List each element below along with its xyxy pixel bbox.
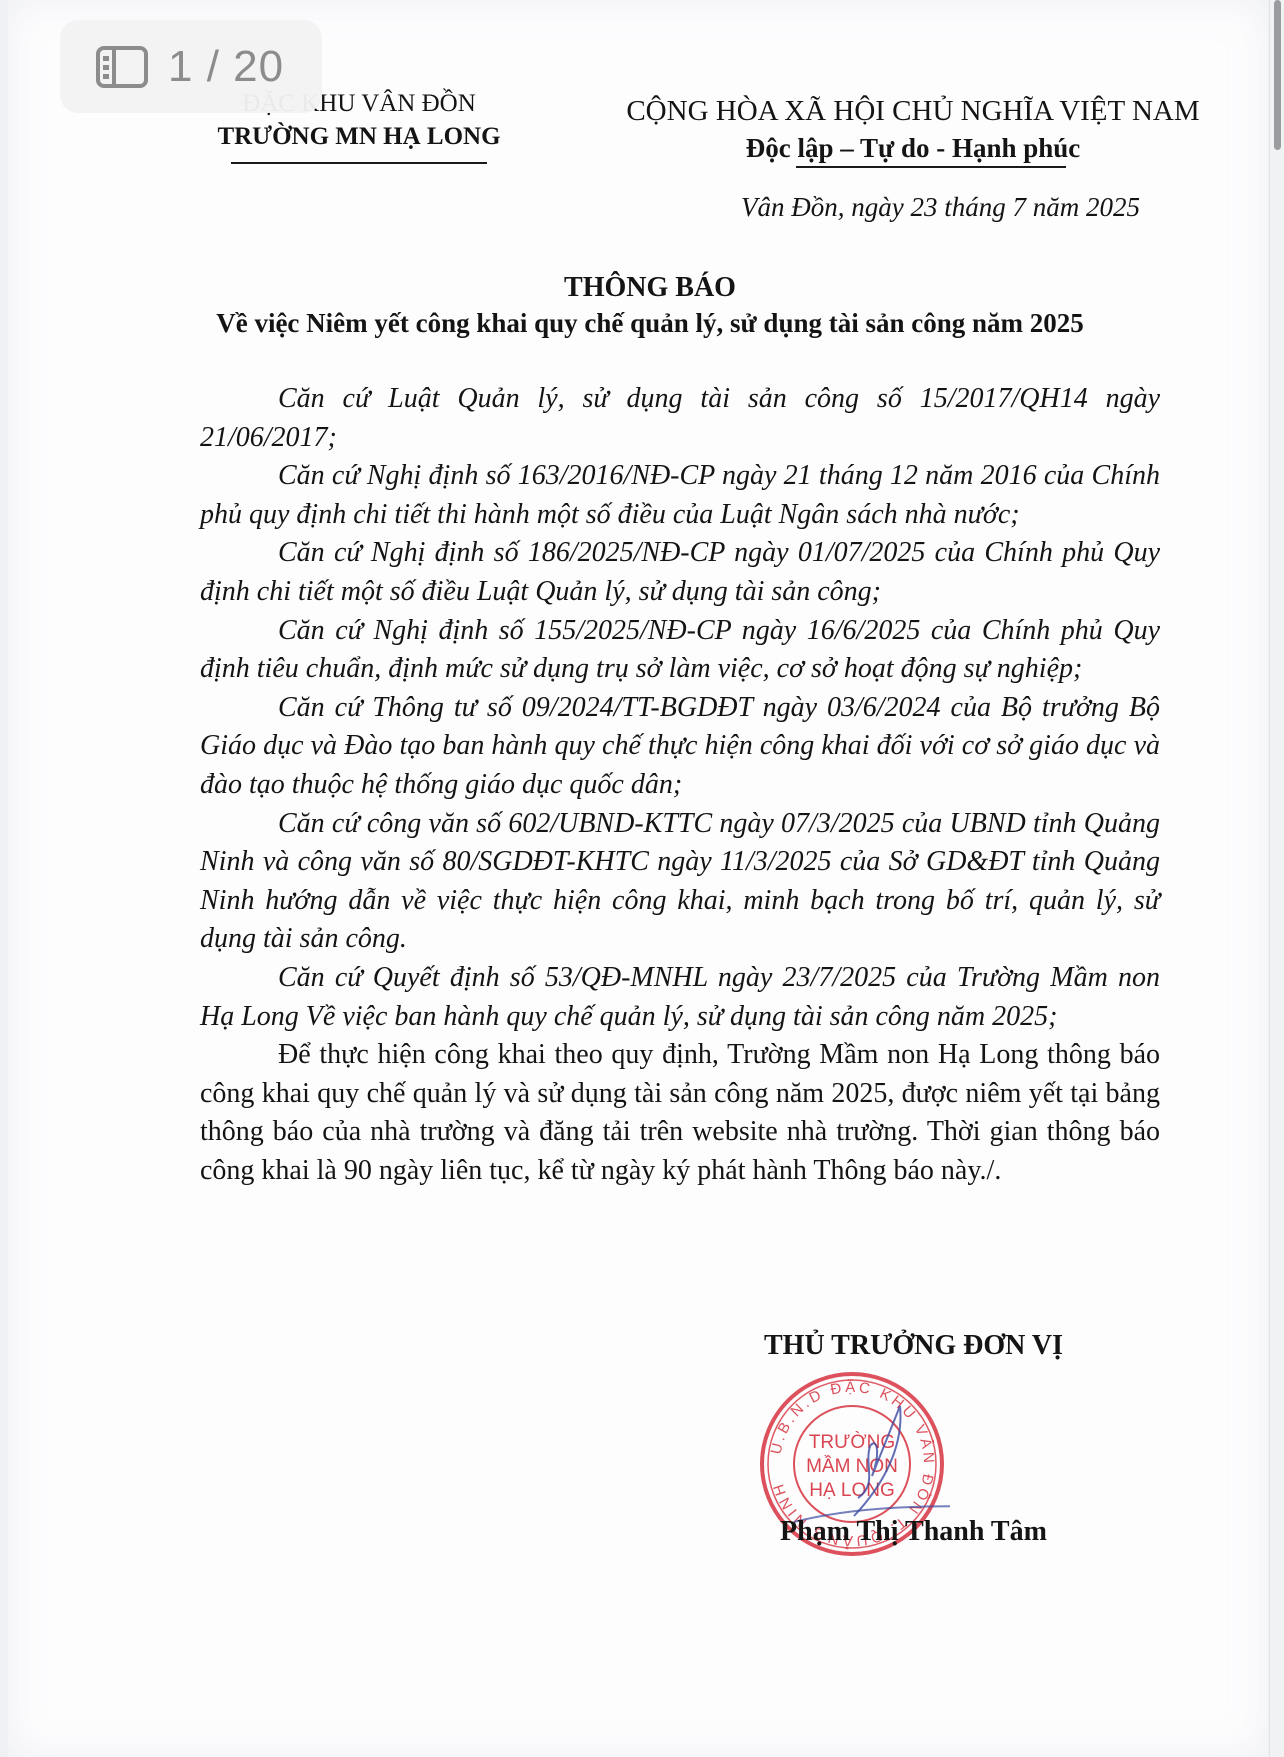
page-counter-text: 1 / 20 (168, 42, 284, 92)
school-name: TRƯỜNG MN HẠ LONG (204, 120, 514, 154)
announcement-paragraph: Để thực hiện công khai theo quy định, Tr… (200, 1036, 1160, 1190)
legal-basis-paragraph: Căn cứ Nghị định số 163/2016/NĐ-CP ngày … (200, 457, 1160, 534)
national-motto: Độc lập – Tự do - Hạnh phúc (746, 130, 1081, 166)
vertical-scrollbar[interactable] (1269, 0, 1284, 1757)
document-body: Căn cứ Luật Quản lý, sử dụng tài sản côn… (200, 380, 1160, 1190)
legal-basis-paragraph: Căn cứ Quyết định số 53/QĐ-MNHL ngày 23/… (200, 959, 1160, 1036)
motto-underline (796, 166, 1067, 168)
legal-basis-paragraph: Căn cứ Nghị định số 186/2025/NĐ-CP ngày … (200, 534, 1160, 611)
place-date: Vân Đồn, ngày 23 tháng 7 năm 2025 (741, 192, 1140, 223)
document-subtitle: Về việc Niêm yết công khai quy chế quản … (8, 308, 1284, 339)
scrollbar-thumb[interactable] (1274, 0, 1281, 150)
national-header-block: CỘNG HÒA XÃ HỘI CHỦ NGHĨA VIỆT NAM Độc l… (608, 92, 1218, 166)
document-page: ĐẶC KHU VÂN ĐỒN TRƯỜNG MN HẠ LONG CỘNG H… (8, 0, 1268, 1757)
motto-text: Độc lập – Tự do - Hạnh phúc (746, 133, 1081, 163)
sidebar-toggle-icon[interactable] (96, 46, 148, 88)
legal-basis-paragraph: Căn cứ Nghị định số 155/2025/NĐ-CP ngày … (200, 612, 1160, 689)
nation-name: CỘNG HÒA XÃ HỘI CHỦ NGHĨA VIỆT NAM (608, 92, 1218, 130)
legal-basis-paragraph: Căn cứ Thông tư số 09/2024/TT-BGDĐT ngày… (200, 689, 1160, 805)
legal-basis-paragraph: Căn cứ công văn số 602/UBND-KTTC ngày 07… (200, 805, 1160, 959)
document-title: THÔNG BÁO (8, 272, 1284, 304)
signatory-name: Phạm Thị Thanh Tâm (780, 1516, 1047, 1548)
page-counter-badge[interactable]: 1 / 20 (60, 20, 322, 113)
signatory-title: THỦ TRƯỞNG ĐƠN VỊ (764, 1330, 1063, 1362)
legal-basis-paragraph: Căn cứ Luật Quản lý, sử dụng tài sản côn… (200, 380, 1160, 457)
header-underline (231, 162, 487, 164)
svg-text:HẠ LONG: HẠ LONG (809, 1480, 895, 1501)
